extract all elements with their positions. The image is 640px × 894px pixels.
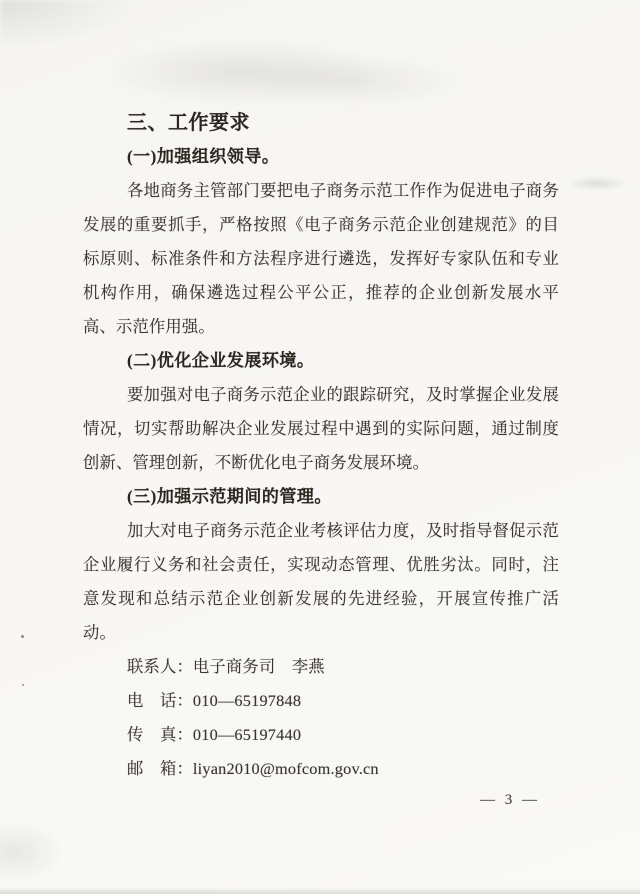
subsection-3: (三)加强示范期间的管理。 加大对电子商务示范企业考核评估力度，及时指导督促示范… bbox=[83, 480, 559, 650]
subsection-1: (一)加强组织领导。 各地商务主管部门要把电子商务示范工作作为促进电子商务发展的… bbox=[83, 140, 559, 344]
section-heading: 三、工作要求 bbox=[83, 106, 559, 140]
scanned-document-page: 三、工作要求 (一)加强组织领导。 各地商务主管部门要把电子商务示范工作作为促进… bbox=[0, 0, 640, 894]
scan-edge-shadow bbox=[0, 887, 640, 894]
scan-speck bbox=[22, 684, 24, 686]
subsection-1-paragraph: 各地商务主管部门要把电子商务示范工作作为促进电子商务发展的重要抓手，严格按照《电… bbox=[83, 174, 559, 344]
page-number: — 3 — bbox=[480, 792, 540, 809]
contact-email-line: 邮 箱：liyan2010@mofcom.gov.cn bbox=[127, 752, 559, 786]
subsection-2-heading: (二)优化企业发展环境。 bbox=[83, 344, 559, 378]
subsection-3-paragraph: 加大对电子商务示范企业考核评估力度，及时指导督促示范企业履行义务和社会责任，实现… bbox=[83, 514, 559, 650]
scan-smudge bbox=[110, 40, 380, 104]
subsection-2-paragraph: 要加强对电子商务示范企业的跟踪研究，及时掌握企业发展情况，切实帮助解决企业发展过… bbox=[83, 378, 559, 480]
scan-smudge bbox=[250, 55, 460, 107]
contact-block: 联系人：电子商务司 李燕 电 话：010—65197848 传 真：010—65… bbox=[83, 650, 559, 786]
contact-person-line: 联系人：电子商务司 李燕 bbox=[127, 650, 559, 684]
scan-corner-shadow bbox=[0, 0, 140, 50]
contact-phone-line: 电 话：010—65197848 bbox=[127, 684, 559, 718]
contact-fax-line: 传 真：010—65197440 bbox=[127, 718, 559, 752]
scan-smudge bbox=[0, 822, 62, 882]
document-content: 三、工作要求 (一)加强组织领导。 各地商务主管部门要把电子商务示范工作作为促进… bbox=[83, 106, 559, 786]
subsection-1-heading: (一)加强组织领导。 bbox=[83, 140, 559, 174]
scan-smudge bbox=[568, 177, 626, 190]
subsection-2: (二)优化企业发展环境。 要加强对电子商务示范企业的跟踪研究，及时掌握企业发展情… bbox=[83, 344, 559, 480]
scan-speck bbox=[21, 635, 24, 638]
subsection-3-heading: (三)加强示范期间的管理。 bbox=[83, 480, 559, 514]
